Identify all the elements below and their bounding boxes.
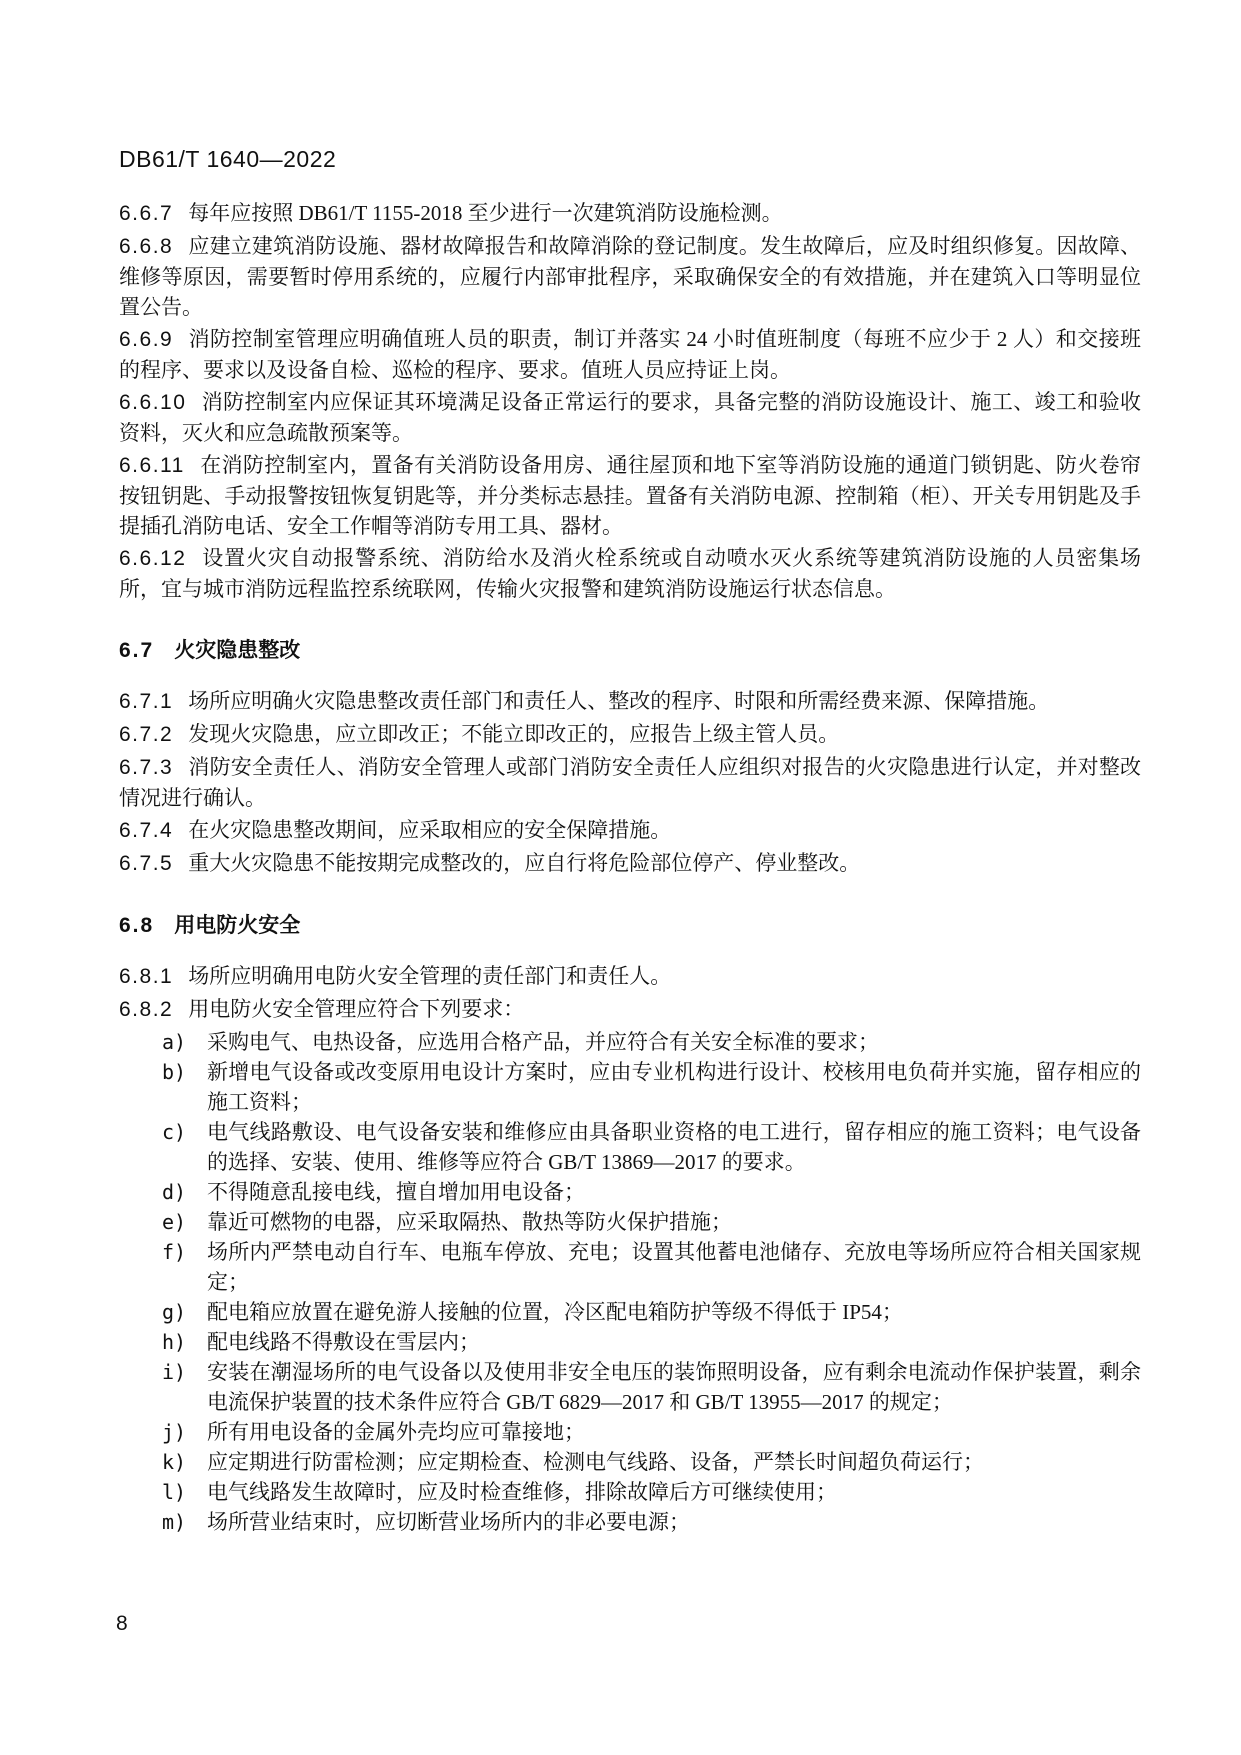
list-marker: g): [162, 1297, 186, 1327]
clause-number: 6.6.11: [119, 454, 185, 477]
clause-text: 场所应明确火灾隐患整改责任部门和责任人、整改的程序、时限和所需经费来源、保障措施…: [188, 689, 1049, 713]
clause-number: 6.8.2: [119, 998, 173, 1021]
list-item-text: 电气线路敷设、电气设备安装和维修应由具备职业资格的电工进行，留存相应的施工资料；…: [207, 1120, 1141, 1174]
document-header-standard-number: DB61/T 1640—2022: [119, 146, 336, 173]
clause-6-7-3: 6.7.3消防安全责任人、消防安全管理人或部门消防安全责任人应组织对报告的火灾隐…: [119, 752, 1141, 813]
clause-6-8-1: 6.8.1场所应明确用电防火安全管理的责任部门和责任人。: [119, 961, 1141, 992]
list-marker: e): [162, 1207, 186, 1237]
list-marker: j): [162, 1417, 186, 1447]
clause-number: 6.6.10: [119, 391, 186, 414]
list-item-g: g)配电箱应放置在避免游人接触的位置，冷区配电箱防护等级不得低于 IP54；: [207, 1297, 1141, 1327]
section-title: 火灾隐患整改: [174, 639, 300, 662]
section-heading-6-7: 6.7火灾隐患整改: [119, 636, 1141, 666]
list-item-text: 所有用电设备的金属外壳均应可靠接地；: [207, 1420, 585, 1444]
clause-6-6-9: 6.6.9消防控制室管理应明确值班人员的职责，制订并落实 24 小时值班制度（每…: [119, 324, 1141, 385]
clause-number: 6.7.2: [119, 723, 173, 746]
clause-number: 6.7.4: [119, 819, 173, 842]
clause-number: 6.8.1: [119, 965, 173, 988]
clause-6-7-5: 6.7.5重大火灾隐患不能按期完成整改的，应自行将危险部位停产、停业整改。: [119, 848, 1141, 879]
list-item-text: 配电箱应放置在避免游人接触的位置，冷区配电箱防护等级不得低于 IP54；: [207, 1300, 903, 1324]
list-item-text: 场所营业结束时，应切断营业场所内的非必要电源；: [207, 1510, 690, 1534]
clause-text: 发现火灾隐患，应立即改正；不能立即改正的，应报告上级主管人员。: [188, 722, 839, 746]
clause-text: 每年应按照 DB61/T 1155-2018 至少进行一次建筑消防设施检测。: [188, 201, 782, 225]
list-item-text: 应定期进行防雷检测；应定期检查、检测电气线路、设备，严禁长时间超负荷运行；: [207, 1450, 984, 1474]
list-marker: a): [162, 1027, 186, 1057]
list-item-b: b)新增电气设备或改变原用电设计方案时，应由专业机构进行设计、校核用电负荷并实施…: [207, 1057, 1141, 1117]
clause-text: 用电防火安全管理应符合下列要求：: [188, 997, 524, 1021]
section-number: 6.8: [119, 914, 154, 937]
list-item-e: e)靠近可燃物的电器，应采取隔热、散热等防火保护措施；: [207, 1207, 1141, 1237]
list-item-text: 电气线路发生故障时，应及时检查维修，排除故障后方可继续使用；: [207, 1480, 837, 1504]
list-marker: l): [162, 1477, 186, 1507]
section-title: 用电防火安全: [174, 914, 300, 937]
clause-text: 消防安全责任人、消防安全管理人或部门消防安全责任人应组织对报告的火灾隐患进行认定…: [119, 755, 1141, 810]
clause-6-6-7: 6.6.7每年应按照 DB61/T 1155-2018 至少进行一次建筑消防设施…: [119, 198, 1141, 229]
list-item-k: k)应定期进行防雷检测；应定期检查、检测电气线路、设备，严禁长时间超负荷运行；: [207, 1447, 1141, 1477]
page-number: 8: [116, 1609, 128, 1639]
list-item-text: 安装在潮湿场所的电气设备以及使用非安全电压的装饰照明设备，应有剩余电流动作保护装…: [207, 1360, 1141, 1414]
clause-6-7-2: 6.7.2发现火灾隐患，应立即改正；不能立即改正的，应报告上级主管人员。: [119, 719, 1141, 750]
document-body: 6.6.7每年应按照 DB61/T 1155-2018 至少进行一次建筑消防设施…: [119, 198, 1141, 1537]
list-marker: h): [162, 1327, 186, 1357]
list-item-f: f)场所内严禁电动自行车、电瓶车停放、充电；设置其他蓄电池储存、充放电等场所应符…: [207, 1237, 1141, 1297]
list-item-d: d)不得随意乱接电线，擅自增加用电设备；: [207, 1177, 1141, 1207]
list-marker: b): [162, 1057, 186, 1087]
list-marker: i): [162, 1357, 186, 1387]
list-item-text: 靠近可燃物的电器，应采取隔热、散热等防火保护措施；: [207, 1210, 732, 1234]
list-item-text: 新增电气设备或改变原用电设计方案时，应由专业机构进行设计、校核用电负荷并实施，留…: [207, 1060, 1141, 1114]
clause-text: 重大火灾隐患不能按期完成整改的，应自行将危险部位停产、停业整改。: [188, 851, 860, 875]
section-heading-6-8: 6.8用电防火安全: [119, 911, 1141, 941]
list-marker: m): [162, 1507, 186, 1537]
list-item-l: l)电气线路发生故障时，应及时检查维修，排除故障后方可继续使用；: [207, 1477, 1141, 1507]
section-number: 6.7: [119, 639, 154, 662]
clause-text: 在火灾隐患整改期间，应采取相应的安全保障措施。: [188, 818, 671, 842]
list-marker: f): [162, 1237, 186, 1267]
list-item-i: i)安装在潮湿场所的电气设备以及使用非安全电压的装饰照明设备，应有剩余电流动作保…: [207, 1357, 1141, 1417]
requirement-list: a)采购电气、电热设备，应选用合格产品，并应符合有关安全标准的要求； b)新增电…: [119, 1027, 1141, 1537]
clause-number: 6.7.3: [119, 756, 173, 779]
clause-number: 6.6.9: [119, 328, 173, 351]
document-page: DB61/T 1640—2022 6.6.7每年应按照 DB61/T 1155-…: [0, 0, 1241, 1755]
clause-6-8-2: 6.8.2用电防火安全管理应符合下列要求：: [119, 994, 1141, 1025]
clause-6-6-12: 6.6.12设置火灾自动报警系统、消防给水及消火栓系统或自动喷水灭火系统等建筑消…: [119, 543, 1141, 604]
clause-text: 在消防控制室内，置备有关消防设备用房、通往屋顶和地下室等消防设施的通道门锁钥匙、…: [119, 453, 1141, 538]
list-marker: c): [162, 1117, 186, 1147]
list-item-m: m)场所营业结束时，应切断营业场所内的非必要电源；: [207, 1507, 1141, 1537]
clause-6-6-10: 6.6.10消防控制室内应保证其环境满足设备正常运行的要求，具备完整的消防设施设…: [119, 387, 1141, 448]
clause-number: 6.7.1: [119, 690, 173, 713]
list-item-a: a)采购电气、电热设备，应选用合格产品，并应符合有关安全标准的要求；: [207, 1027, 1141, 1057]
list-item-text: 不得随意乱接电线，擅自增加用电设备；: [207, 1180, 585, 1204]
clause-text: 消防控制室内应保证其环境满足设备正常运行的要求，具备完整的消防设施设计、施工、竣…: [119, 390, 1141, 445]
clause-text: 应建立建筑消防设施、器材故障报告和故障消除的登记制度。发生故障后，应及时组织修复…: [119, 234, 1141, 319]
list-marker: d): [162, 1177, 186, 1207]
list-item-text: 采购电气、电热设备，应选用合格产品，并应符合有关安全标准的要求；: [207, 1030, 879, 1054]
clause-6-6-11: 6.6.11在消防控制室内，置备有关消防设备用房、通往屋顶和地下室等消防设施的通…: [119, 450, 1141, 541]
list-item-text: 配电线路不得敷设在雪层内；: [207, 1330, 480, 1354]
clause-6-7-4: 6.7.4在火灾隐患整改期间，应采取相应的安全保障措施。: [119, 815, 1141, 846]
clause-text: 消防控制室管理应明确值班人员的职责，制订并落实 24 小时值班制度（每班不应少于…: [119, 327, 1141, 382]
clause-text: 设置火灾自动报警系统、消防给水及消火栓系统或自动喷水灭火系统等建筑消防设施的人员…: [119, 546, 1141, 601]
list-item-c: c)电气线路敷设、电气设备安装和维修应由具备职业资格的电工进行，留存相应的施工资…: [207, 1117, 1141, 1177]
list-marker: k): [162, 1447, 186, 1477]
clause-number: 6.6.8: [119, 235, 173, 258]
list-item-j: j)所有用电设备的金属外壳均应可靠接地；: [207, 1417, 1141, 1447]
list-item-text: 场所内严禁电动自行车、电瓶车停放、充电；设置其他蓄电池储存、充放电等场所应符合相…: [207, 1240, 1141, 1294]
list-item-h: h)配电线路不得敷设在雪层内；: [207, 1327, 1141, 1357]
clause-text: 场所应明确用电防火安全管理的责任部门和责任人。: [188, 964, 671, 988]
clause-number: 6.6.12: [119, 547, 186, 570]
clause-number: 6.7.5: [119, 852, 173, 875]
clause-6-6-8: 6.6.8应建立建筑消防设施、器材故障报告和故障消除的登记制度。发生故障后，应及…: [119, 231, 1141, 322]
clause-number: 6.6.7: [119, 202, 173, 225]
clause-6-7-1: 6.7.1场所应明确火灾隐患整改责任部门和责任人、整改的程序、时限和所需经费来源…: [119, 686, 1141, 717]
